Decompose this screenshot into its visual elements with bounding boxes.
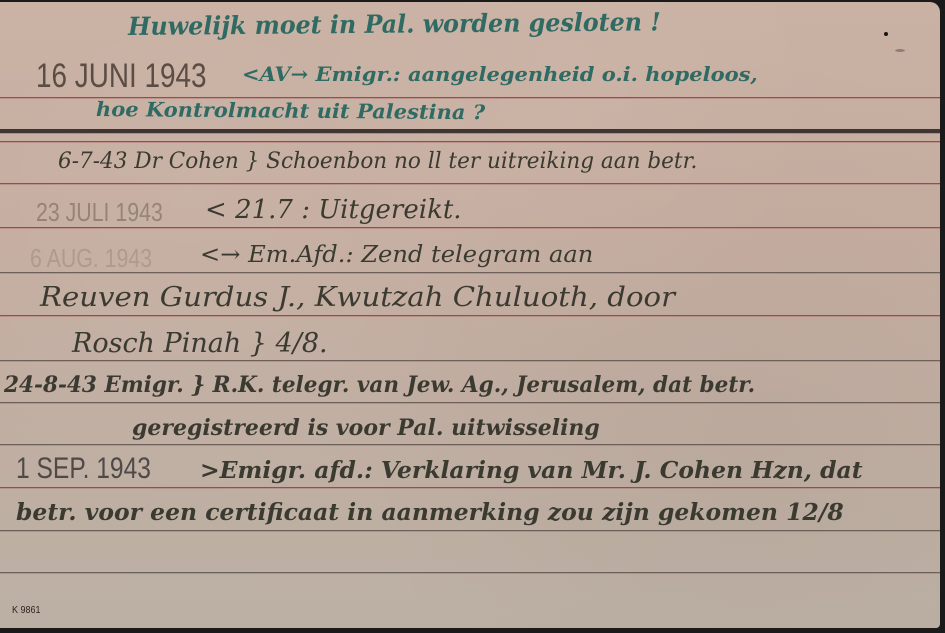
- entry-text: hoe Kontrolmacht uit Palestina ?: [96, 97, 485, 124]
- entry-text: <→ Em.Afd.: Zend telegram aan: [200, 242, 593, 268]
- paper-speck: [895, 49, 905, 52]
- ruled-line: [0, 183, 940, 184]
- ruled-line: [0, 360, 940, 361]
- header-divider: [0, 129, 940, 133]
- entry-text: betr. voor een certificaat in aanmerking…: [16, 499, 844, 526]
- ruled-line: [0, 315, 940, 316]
- date-stamp: 16 JUNI 1943: [36, 57, 206, 96]
- entry-text: Rosch Pinah } 4/8.: [72, 328, 328, 359]
- entry-text: <AV→ Emigr.: aangelegenheid o.i. hopeloo…: [242, 62, 758, 86]
- ruled-line: [0, 444, 940, 445]
- ruled-line: [0, 141, 940, 142]
- date-stamp: 1 SEP. 1943: [16, 452, 151, 486]
- entry-text: >Emigr. afd.: Verklaring van Mr. J. Cohe…: [200, 457, 863, 484]
- ruled-line: [0, 530, 940, 531]
- ruled-line: [0, 572, 940, 573]
- card-number: K 9861: [12, 605, 41, 616]
- entry-text: < 21.7 : Uitgereikt.: [205, 195, 462, 225]
- paper-speck: [884, 32, 888, 36]
- header-note: Huwelijk moet in Pal. worden gesloten !: [128, 7, 661, 41]
- date-stamp: 23 JULI 1943: [36, 197, 163, 228]
- registration-card: Huwelijk moet in Pal. worden gesloten ! …: [0, 2, 940, 628]
- entry-text: 6-7-43 Dr Cohen } Schoenbon no ll ter ui…: [58, 149, 697, 174]
- entry-text: Reuven Gurdus J., Kwutzah Chuluoth, door: [40, 282, 675, 313]
- ruled-line: [0, 402, 940, 403]
- ruled-line: [0, 487, 940, 488]
- date-stamp: 6 AUG. 1943: [30, 243, 152, 274]
- entry-text: geregistreerd is voor Pal. uitwisseling: [132, 415, 600, 441]
- entry-text: 24-8-43 Emigr. } R.K. telegr. van Jew. A…: [4, 372, 755, 398]
